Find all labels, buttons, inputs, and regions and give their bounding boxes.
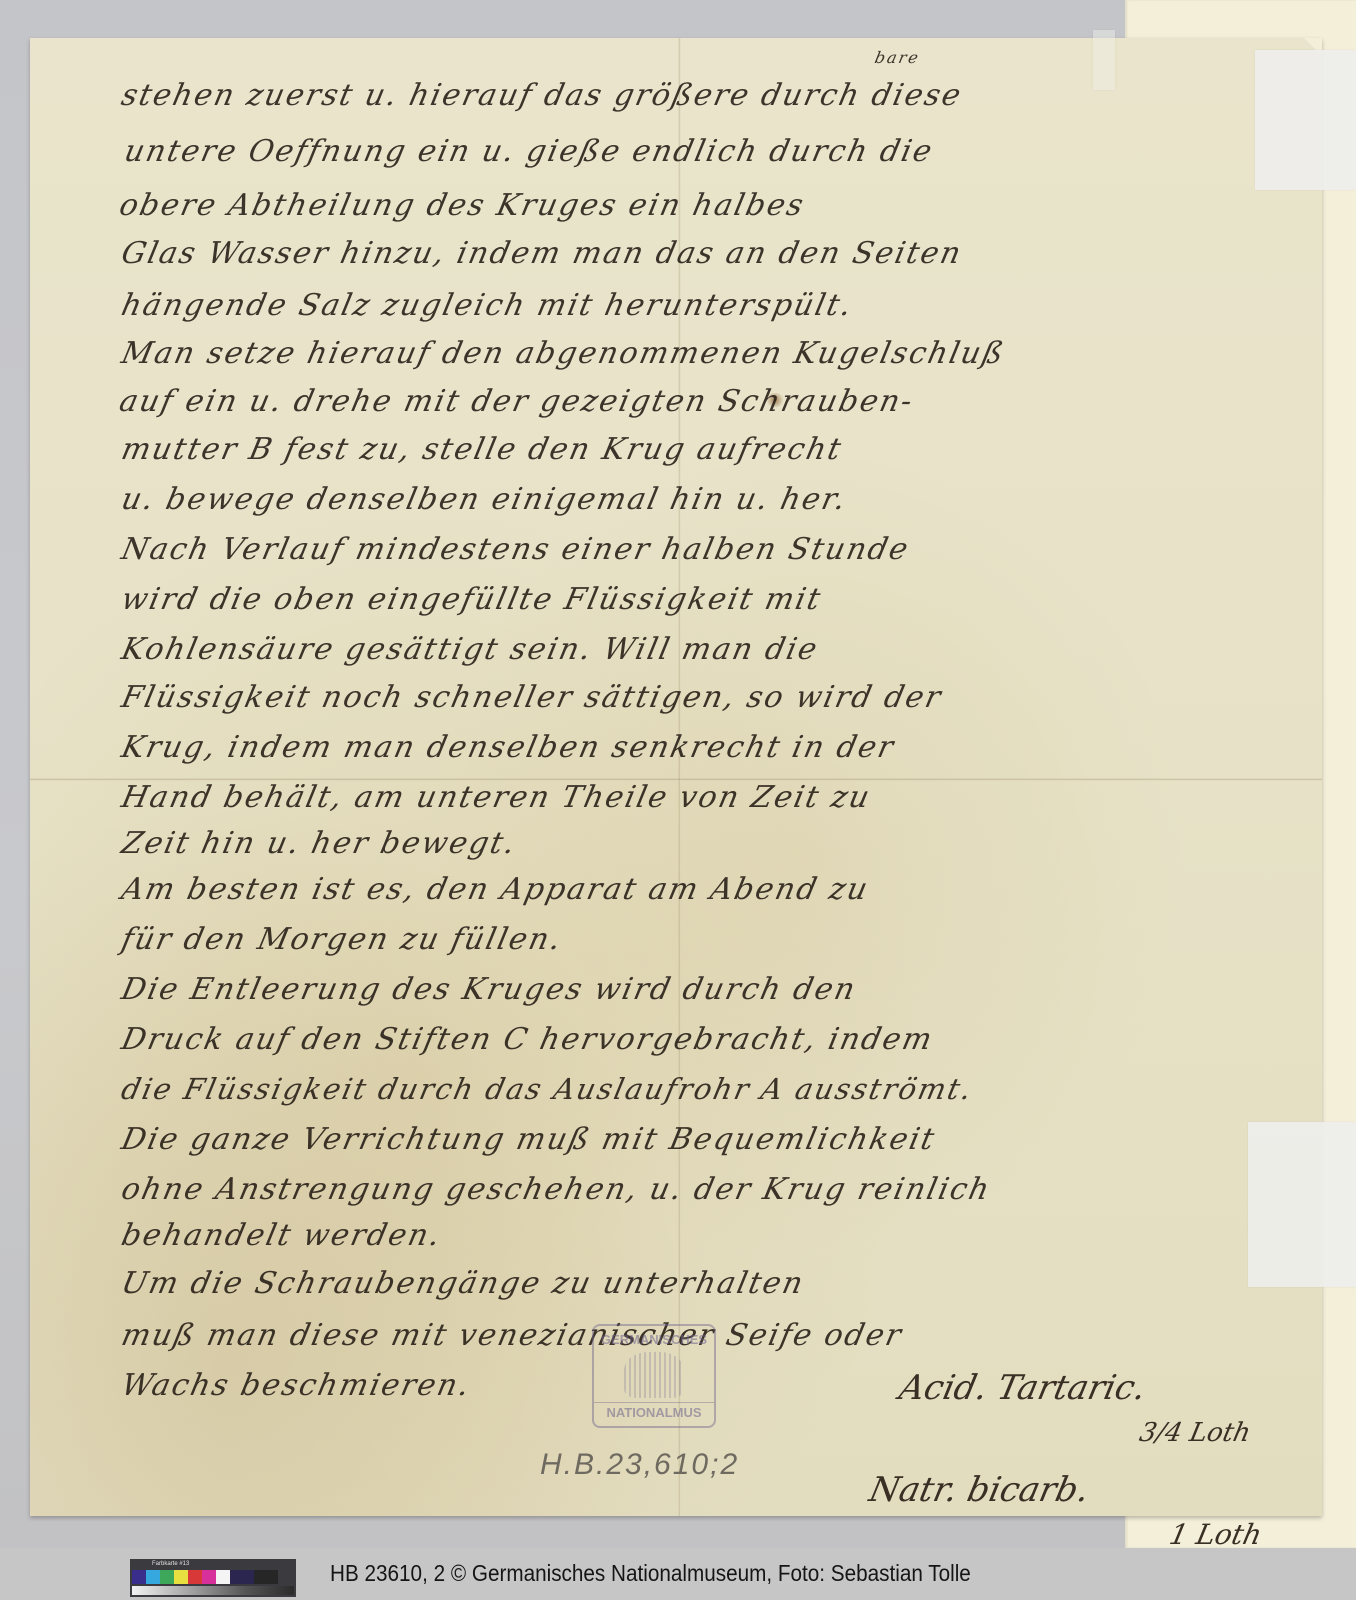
photo-credit: HB 23610, 2 © Germanisches Nationalmuseu… (330, 1560, 971, 1587)
manuscript-line-25: Um die Schraubengänge zu unterhalten (118, 1266, 808, 1301)
manuscript-line-8: mutter B fest zu, stelle den Krug aufrec… (118, 432, 845, 467)
swatch-dark-purple (230, 1570, 254, 1584)
manuscript-line-20: Druck auf den Stiften C hervorgebracht, … (118, 1022, 937, 1057)
manuscript-line-26: muß man diese mit venezianischer Seife o… (118, 1318, 906, 1353)
shelfmark: H.B.23,610;2 (540, 1448, 739, 1482)
manuscript-line-15: Hand behält, am unteren Theile von Zeit … (118, 780, 874, 815)
manuscript-line-9: u. bewege denselben einigemal hin u. her… (118, 482, 850, 517)
eagle-emblem-icon (624, 1352, 684, 1398)
manuscript-page: stehen zuerst u. hierauf das größere dur… (30, 38, 1322, 1516)
swatch-green (160, 1570, 174, 1584)
manuscript-line-11: wird die oben eingefüllte Flüssigkeit mi… (118, 582, 825, 617)
swatch-black (254, 1570, 278, 1584)
swatch-magenta (202, 1570, 216, 1584)
recipe-qty-1: 3/4 Loth (1137, 1418, 1254, 1448)
swatch-yellow (174, 1570, 188, 1584)
manuscript-line-17: Am besten ist es, den Apparat am Abend z… (118, 872, 872, 907)
manuscript-line-19: Die Entleerung des Kruges wird durch den (118, 972, 860, 1007)
swatch-white (216, 1570, 230, 1584)
manuscript-line-10: Nach Verlauf mindestens einer halben Stu… (118, 532, 913, 567)
mounting-tissue-bottom (1248, 1122, 1356, 1287)
manuscript-line-1: stehen zuerst u. hierauf das größere dur… (118, 78, 965, 113)
manuscript-line-13: Flüssigkeit noch schneller sättigen, so … (118, 680, 945, 715)
swatch-blue (132, 1570, 146, 1584)
color-calibration-card: Farbkarte #13 (130, 1559, 296, 1597)
manuscript-line-5: hängende Salz zugleich mit herunterspült… (118, 288, 856, 323)
swatch-red (188, 1570, 202, 1584)
manuscript-line-27: Wachs beschmieren. (118, 1368, 474, 1403)
recipe-qty-2: 1 Loth (1166, 1518, 1264, 1551)
manuscript-line-18: für den Morgen zu füllen. (118, 922, 565, 957)
color-card-label: Farbkarte #13 (152, 1561, 189, 1567)
recipe-item-1: Acid. Tartaric. (896, 1368, 1150, 1408)
manuscript-line-21: die Flüssigkeit durch das Auslaufrohr A … (118, 1072, 976, 1106)
manuscript-line-22: Die ganze Verrichtung muß mit Bequemlich… (118, 1122, 939, 1157)
mounting-tissue-strip (1093, 30, 1115, 90)
stamp-bottom-text: NATIONALMUS (594, 1402, 714, 1420)
interlinear-correction: bare (873, 48, 922, 67)
recipe-item-2: Natr. bicarb. (866, 1470, 1093, 1510)
museum-stamp: GERMANISCHES NATIONALMUS (592, 1324, 716, 1428)
manuscript-line-14: Krug, indem man denselben senkrecht in d… (118, 730, 898, 765)
manuscript-line-3: obere Abtheilung des Kruges ein halbes (116, 188, 808, 223)
manuscript-line-7: auf ein u. drehe mit der gezeigten Schra… (116, 384, 917, 419)
manuscript-line-6: Man setze hierauf den abgenommenen Kugel… (118, 336, 1008, 371)
manuscript-line-12: Kohlensäure gesättigt sein. Will man die (118, 632, 822, 667)
stamp-top-text: GERMANISCHES (594, 1332, 714, 1347)
manuscript-line-4: Glas Wasser hinzu, indem man das an den … (118, 236, 965, 271)
swatch-cyan (146, 1570, 160, 1584)
manuscript-line-23: ohne Anstrengung geschehen, u. der Krug … (118, 1172, 994, 1207)
grayscale-strip (132, 1586, 294, 1595)
manuscript-line-2: untere Oeffnung ein u. gieße endlich dur… (121, 134, 936, 169)
mounting-tissue-top (1255, 50, 1356, 190)
manuscript-line-24: behandelt werden. (118, 1218, 445, 1253)
manuscript-line-16: Zeit hin u. her bewegt. (118, 826, 520, 861)
color-swatches (132, 1570, 278, 1584)
